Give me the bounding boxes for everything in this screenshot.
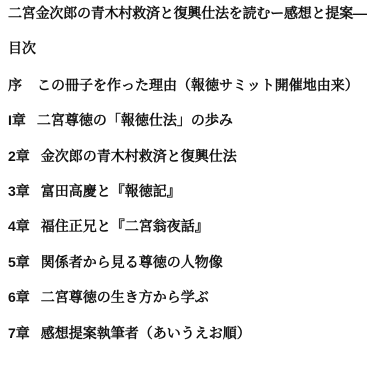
toc-entry-text: 二宮尊徳の「報徳仕法」の歩み <box>37 112 233 128</box>
toc-entry: 7章感想提案執筆者（あいうえお順） <box>8 325 375 341</box>
toc-entry-text: 福住正兄と『二宮翁夜話』 <box>41 218 209 234</box>
toc-entry-label: 5章 <box>8 254 30 270</box>
toc-entry: 6章二宮尊徳の生き方から学ぶ <box>8 289 375 305</box>
document-title: 二宮金次郎の青木村救済と復興仕法を読むー感想と提案― <box>8 5 375 21</box>
toc-entry-text: 金次郎の青木村救済と復興仕法 <box>41 148 237 164</box>
toc-entry-label: I章 <box>8 112 26 128</box>
toc-heading: 目次 <box>8 40 375 56</box>
toc-entry-label: 7章 <box>8 325 30 341</box>
toc-entry: 序この冊子を作った理由（報徳サミット開催地由来） <box>8 77 375 93</box>
toc-entry-label: 6章 <box>8 289 30 305</box>
toc-entry: 4章福住正兄と『二宮翁夜話』 <box>8 218 375 234</box>
toc-entry-label: 序 <box>8 77 22 93</box>
toc-entry: 2章金次郎の青木村救済と復興仕法 <box>8 148 375 164</box>
toc-entry-text: 二宮尊徳の生き方から学ぶ <box>41 289 209 305</box>
toc-entry-label: 2章 <box>8 148 30 164</box>
toc-entry-text: 富田高慶と『報徳記』 <box>41 183 181 199</box>
toc-entry: I章二宮尊徳の「報徳仕法」の歩み <box>8 112 375 128</box>
document-page: 二宮金次郎の青木村救済と復興仕法を読むー感想と提案― 目次 序この冊子を作った理… <box>0 0 379 366</box>
toc-entry-label: 3章 <box>8 183 30 199</box>
toc-entry-text: この冊子を作った理由（報徳サミット開催地由来） <box>37 77 359 93</box>
toc-entry: 3章富田高慶と『報徳記』 <box>8 183 375 199</box>
toc-entry-text: 感想提案執筆者（あいうえお順） <box>41 325 251 341</box>
toc-entry-label: 4章 <box>8 218 30 234</box>
toc-entry: 5章関係者から見る尊徳の人物像 <box>8 254 375 270</box>
toc-entry-text: 関係者から見る尊徳の人物像 <box>41 254 223 270</box>
